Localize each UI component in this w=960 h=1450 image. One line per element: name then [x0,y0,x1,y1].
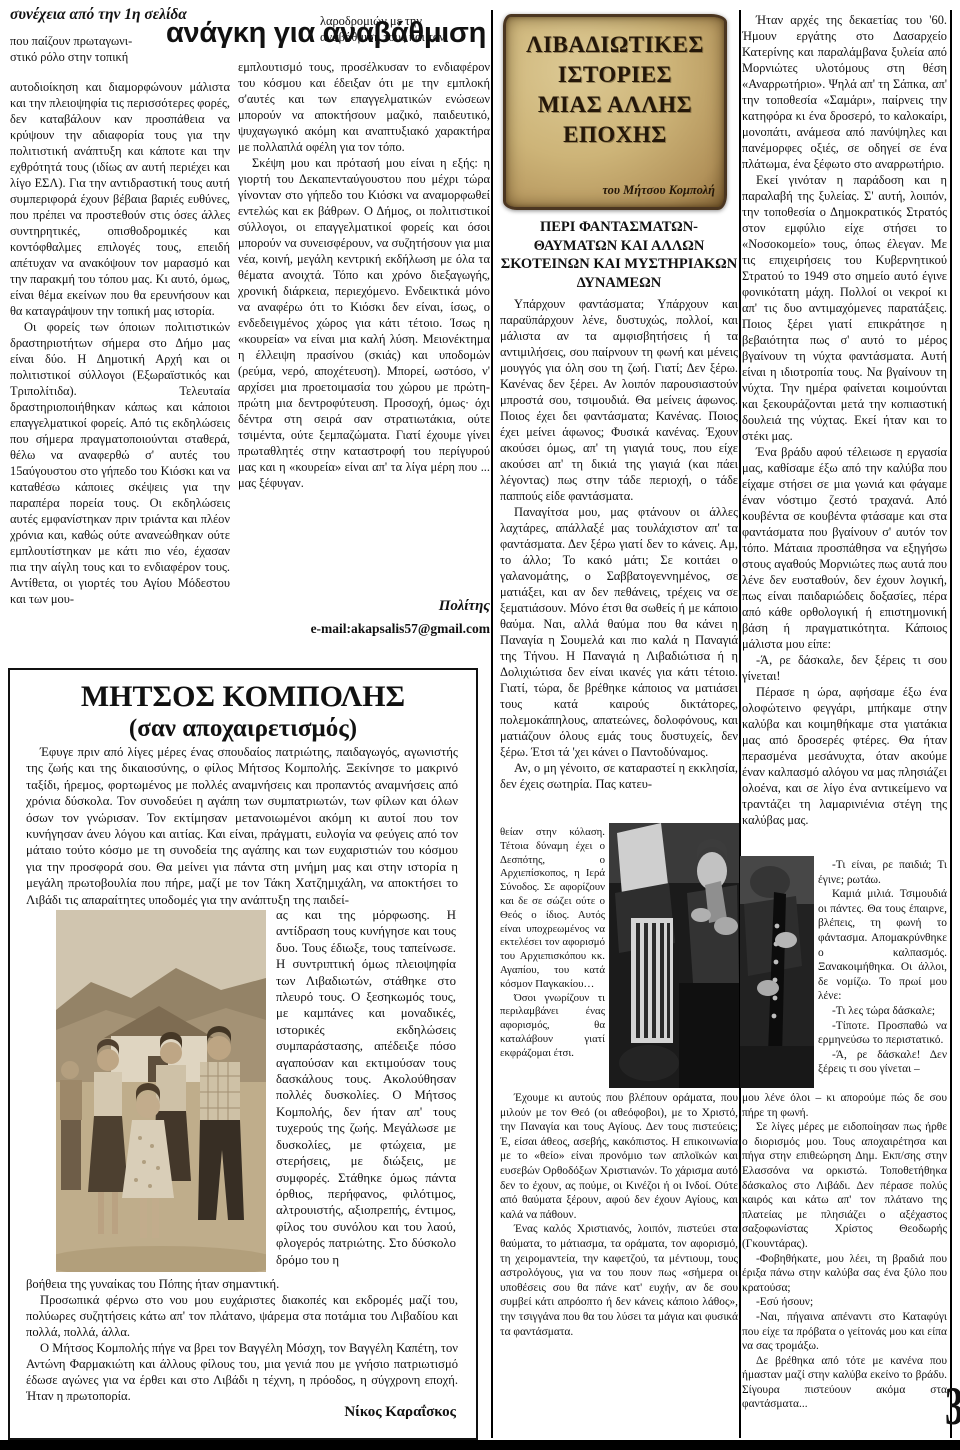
column-divider-right [739,10,741,1438]
article1-signature: Πολίτης [238,598,490,620]
article1-col2-text: εμπλουτισμό τους, προσέλκυσαν το ενδιαφέ… [238,59,490,595]
masthead-parchment: ΛΙΒΑΔΙΩΤΙΚΕΣ ΙΣΤΟΡΙΕΣ ΜΙΑΣ ΑΛΛΗΣ ΕΠΟΧΗΣ … [503,14,727,210]
masthead-title: ΛΙΒΑΔΙΩΤΙΚΕΣ ΙΣΤΟΡΙΕΣ ΜΙΑΣ ΑΛΛΗΣ ΕΠΟΧΗΣ [506,30,724,150]
obituary-title: ΜΗΤΣΟΣ ΚΟΜΠΟΛΗΣ [10,680,476,714]
obituary-text-top: Έφυγε πριν από λίγες μέρες ένας σπουδαίο… [26,744,458,908]
family-photo [56,910,266,1272]
obituary-signature: Νίκος Καραΐσκος [240,1404,456,1428]
article2-col5-text-top: Ήταν αρχές της δεκαετίας του '60. Ήμουν … [742,12,947,856]
band-photo-clarinet [740,856,814,1088]
obituary-subtitle: (σαν αποχαιρετισμός) [10,714,476,743]
page-number: 3 [945,1376,960,1438]
band-photo-trumpet [609,823,739,1088]
article1-col2-lead: λαροδρομιών με την αναβάθμισή τους και τ… [320,13,490,57]
article2-col5-text-bottom: μου λένε όλοι – κι απορούμε πώς δε σου π… [742,1091,947,1435]
article1-col1-text: αυτοδιοίκηση και διαμορφώνουν μάλιστα κα… [10,79,230,657]
article2-subhead: ΠΕΡΙ ΦΑΝΤΑΣΜΑΤΩΝ- ΘΑΥΜΑΤΩΝ ΚΑΙ ΑΛΛΩΝ ΣΚΟ… [500,218,738,296]
article1-col1-lead: που παίζουν πρωταγωνι- στικό ρόλο στην τ… [10,33,162,77]
article1-signature-email: e-mail:akapsalis57@gmail.com [238,621,490,641]
obituary-title-block: ΜΗΤΣΟΣ ΚΟΜΠΟΛΗΣ (σαν αποχαιρετισμός) [10,680,476,743]
obituary-text-bottom: βοήθεια της γυναίκας του Πόπης ήταν σημα… [26,1276,458,1402]
article2-col4-text-wrap: θείαν στην κόλαση. Τέτοια δύναμη έχει ο … [500,826,605,1088]
article2-col5-text-wrap: -Τι είναι, ρε παιδιά; Τι έγινε; ρωτάω.Κα… [818,858,947,1088]
article2-col4-text-top: Υπάρχουν φαντάσματα; Υπάρχουν και παραϋπ… [500,296,738,823]
page-right-edge-rule [950,10,952,1438]
column-divider-left [491,10,493,1438]
obituary-text-wrap: ας και της μόρφωσης. Η αντίδραση τους κυ… [276,907,456,1274]
article2-col4-text-bottom: Έχουμε κι αυτούς που βλέπουν οράματα, πο… [500,1091,738,1437]
page-bottom-bar [0,1440,960,1450]
masthead-byline: του Μήτσου Κομπολή [602,183,715,198]
